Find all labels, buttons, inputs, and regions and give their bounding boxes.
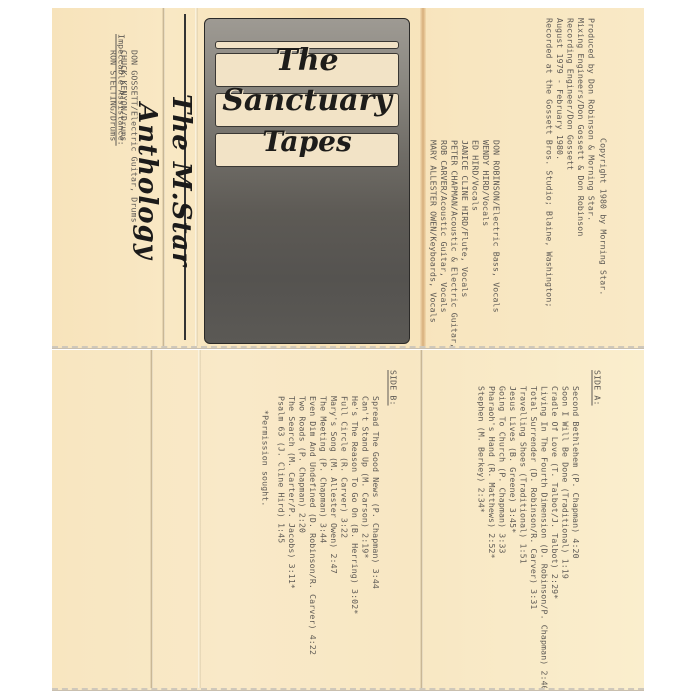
spine-title: The M.Star Anthology xyxy=(164,16,198,346)
side-b-track: Spread The Good News (P. Chapman) 3:44 xyxy=(371,396,382,655)
side-a-track: Stephen (M. Berkey) 2:34* xyxy=(476,386,487,690)
side-b-track: Even Dim And Undefined (D. Robinson/R. C… xyxy=(308,396,319,655)
side-a-track: Second Bethlehem (P. Chapman) 4:20 xyxy=(571,386,582,690)
side-b-track: Psalm 63 (J. Cline Hird) 1:45 xyxy=(276,396,287,655)
side-b-track: Full Circle (R. Carver) 3:22 xyxy=(339,396,350,655)
side-a-track: Soon I Will Be Done (Traditional) 1:19 xyxy=(560,386,571,690)
side-a-track: Going To Church (P. Chapman) 3:33 xyxy=(497,386,508,690)
personnel-block: DON ROBINSON/Electric Bass, VocalsWENDY … xyxy=(428,140,502,348)
side-b-track: Mary's Song (M. Allester Owen) 2:47 xyxy=(329,396,340,655)
personnel-line: DON ROBINSON/Electric Bass, Vocals xyxy=(491,140,502,348)
fold-line xyxy=(420,8,426,346)
jcard-inner-panel: *Permission sought. Spread The Good News… xyxy=(52,350,644,690)
personnel-line: MARY ALLESTER OWEN/Keyboards, Vocals xyxy=(428,140,439,348)
personnel-line: JANICE CLINE HIRD/Flute, Vocals xyxy=(460,140,471,348)
credits-line: Produced by Don Robinson & Morning Star. xyxy=(586,18,597,308)
credits-block: Produced by Don Robinson & Morning Star.… xyxy=(544,18,597,308)
side-a-track: Living In The Fourth Dimension (D. Robin… xyxy=(539,386,550,690)
cover-title-the: The xyxy=(205,43,409,78)
fold-line xyxy=(420,350,423,688)
personnel-line: ROB CARVER/Acoustic Guitar, Vocals xyxy=(439,140,450,348)
side-a-track: Pharaoh's Hand (R. Matthews) 2:52* xyxy=(487,386,498,690)
side-b-track: Can't Stand Up (M. Carson) 2:19* xyxy=(360,396,371,655)
fold-line xyxy=(198,350,201,688)
side-a-track: Total Surrender (D. Robinson/R. Carver) … xyxy=(529,386,540,690)
side-b-heading: SIDE B: xyxy=(388,370,399,406)
credits-line: Mixing Engineers/Don Gossett & Don Robin… xyxy=(576,18,587,308)
cover-title-tapes: Tapes xyxy=(205,125,409,158)
side-a-heading: SIDE A: xyxy=(592,370,603,406)
side-b-footnote: *Permission sought. xyxy=(260,410,271,507)
assistance-heading: Impeccable Assistance: xyxy=(116,34,127,146)
side-b-track: The Meeting (P. Chapman) 3:44 xyxy=(318,396,329,655)
side-a-track: Jesus Lives (B. Greene) 3:45* xyxy=(508,386,519,690)
side-b-track: Two Roads (P. Chapman) 2:20 xyxy=(297,396,308,655)
side-b-tracklist: Spread The Good News (P. Chapman) 3:44Ca… xyxy=(276,396,381,655)
copyright: Copyright 1980 by Morning Star. xyxy=(598,138,609,295)
side-a-track: Travelling Shoes (Traditional) 1:51 xyxy=(518,386,529,690)
side-b-track: He's The Reason To Go On (B. Herring) 3:… xyxy=(350,396,361,655)
personnel-line: WENDY HIRD/Vocals xyxy=(481,140,492,348)
side-a-tracklist: Second Bethlehem (P. Chapman) 4:20Soon I… xyxy=(476,386,581,690)
personnel-line: ED HIRD/Vocals xyxy=(470,140,481,348)
fold-line xyxy=(150,350,153,688)
side-b-track: The Search (M. Carter/P. Jacobs) 3:11* xyxy=(287,396,298,655)
jcard-outer-panel: DON GOSSETT/Electric Guitar, DrumsCHUCK … xyxy=(52,8,644,348)
cover-title-sanctuary: Sanctuary xyxy=(205,83,409,118)
credits-line: August 1979 - February 1980. xyxy=(555,18,566,308)
side-a-track: Cradle Of Love (T. Talbot/J. Talbot) 2:2… xyxy=(550,386,561,690)
cover-artwork: The Sanctuary Tapes xyxy=(204,18,410,344)
credits-line: Recording Engineer/Don Gossett xyxy=(565,18,576,308)
credits-line: Recorded at the Gossett Bros. Studio; Bl… xyxy=(544,18,555,308)
personnel-line: PETER CHAPMAN/Acoustic & Electric Guitar… xyxy=(449,140,460,348)
